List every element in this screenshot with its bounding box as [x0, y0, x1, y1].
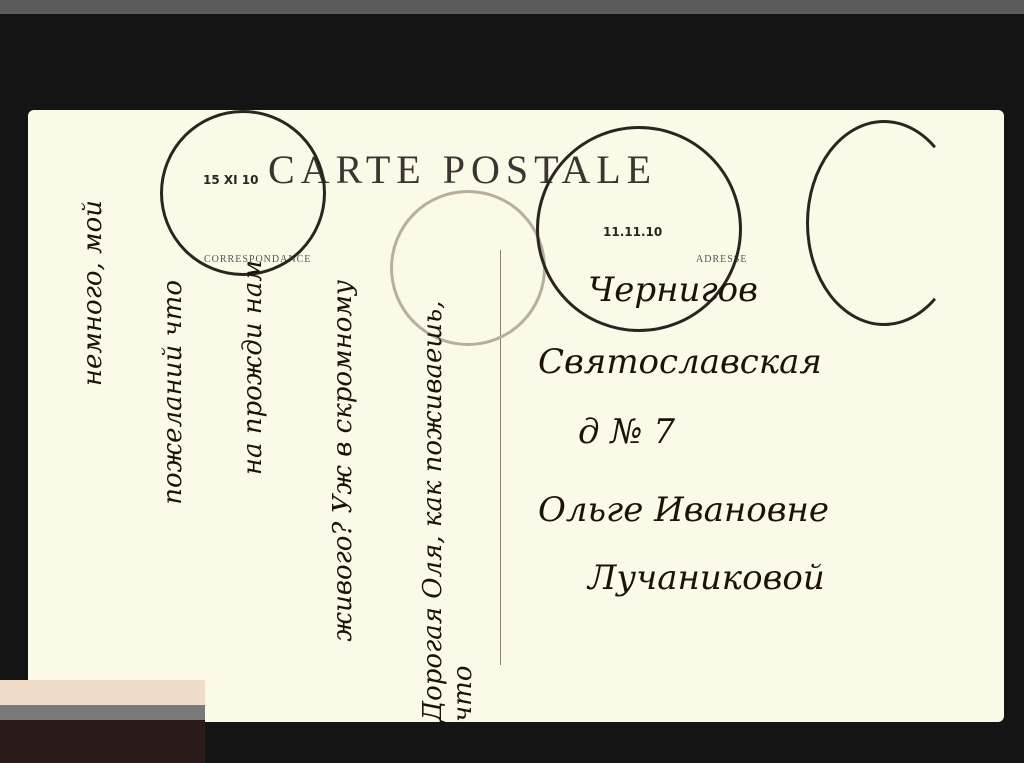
message-column-4: пожеланий что [158, 280, 188, 505]
postmark-center-date: 11.11.10 [603, 225, 662, 239]
postmark-right [806, 120, 962, 326]
postmark-left-date: 15 XI 10 [203, 173, 258, 187]
message-column-3: на прожди нам [238, 260, 268, 475]
address-line-1: Чернигов [588, 270, 758, 310]
postmark-left: 15 XI 10 [160, 110, 326, 276]
address-line-2: Святославская [538, 342, 822, 382]
postcard: CARTE POSTALE CORRESPONDANCE ADRESSE 15 … [28, 110, 1004, 722]
address-line-4: Ольге Ивановне [538, 490, 829, 530]
address-line-5: Лучаниковой [588, 558, 825, 598]
message-column-1: Дорогая Оля, как поживаешь, что [418, 240, 478, 722]
message-column-5: немного, мой [78, 200, 108, 386]
message-column-2: живого? Уж в скромному [328, 280, 358, 641]
pixelated-watermark [0, 680, 205, 763]
address-line-3: д № 7 [578, 412, 675, 452]
background-band [0, 0, 1024, 14]
